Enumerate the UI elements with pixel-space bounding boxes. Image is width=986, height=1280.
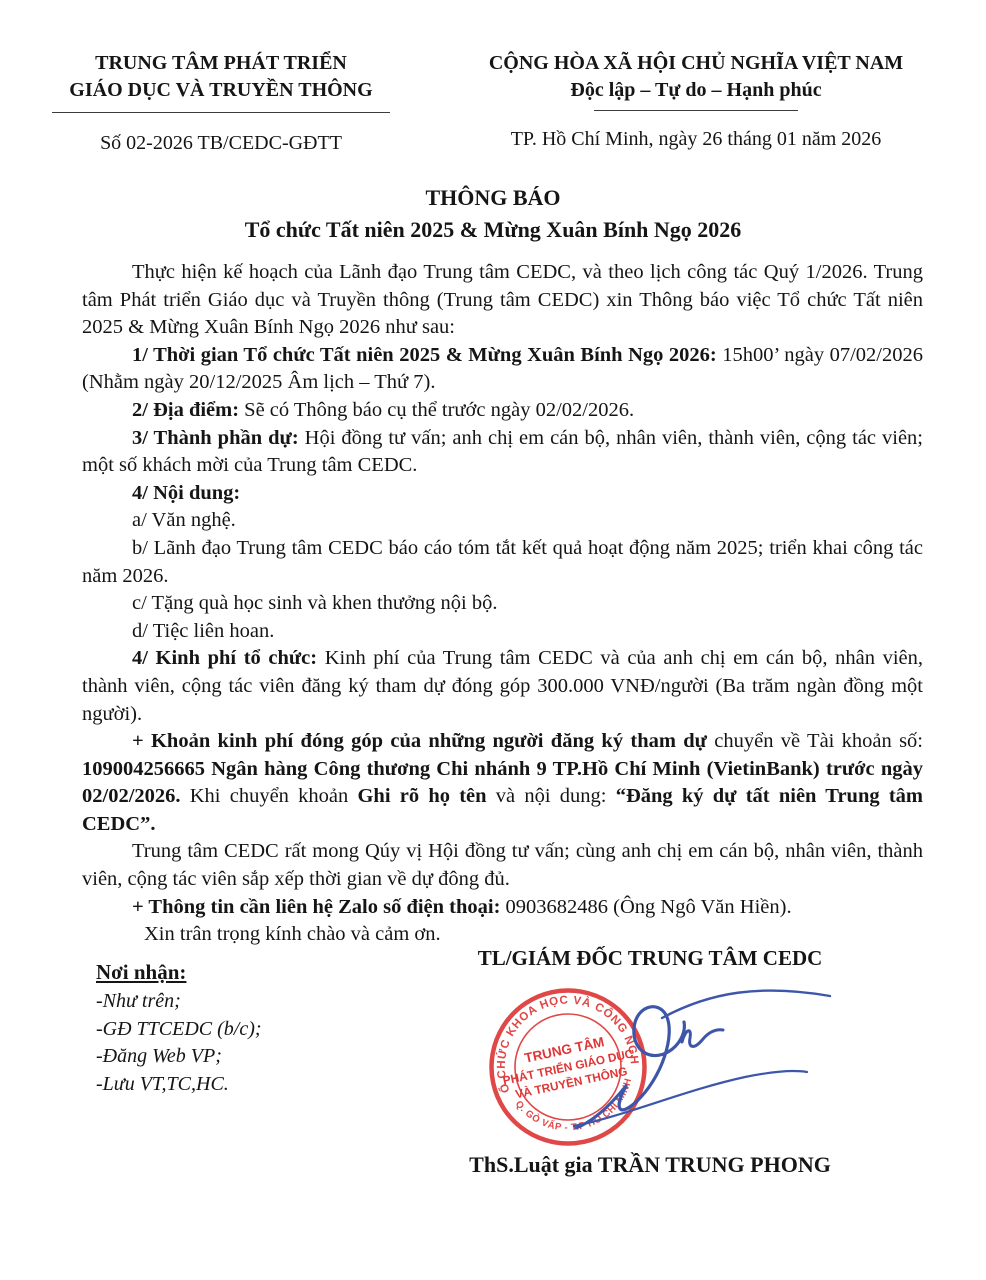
body-paragraph: + Thông tin cần liên hệ Zalo số điện tho… — [82, 894, 923, 922]
body-paragraph: 4/ Nội dung: — [82, 480, 923, 508]
org-divider-rule — [52, 112, 390, 113]
body-paragraph: a/ Văn nghệ. — [82, 507, 923, 535]
notice-body: Thực hiện kế hoạch của Lãnh đạo Trung tâ… — [82, 259, 923, 949]
recipient-item: -GĐ TTCEDC (b/c); — [96, 1016, 396, 1044]
body-paragraph: d/ Tiệc liên hoan. — [82, 618, 923, 646]
org-name-line2: GIÁO DỤC VÀ TRUYỀN THÔNG — [46, 77, 396, 104]
recipient-item: -Như trên; — [96, 988, 396, 1016]
national-title: CỘNG HÒA XÃ HỘI CHỦ NGHĨA VIỆT NAM — [448, 50, 944, 77]
notice-subtitle: Tổ chức Tất niên 2025 & Mừng Xuân Bính N… — [0, 214, 986, 246]
recipient-item: -Đăng Web VP; — [96, 1043, 396, 1071]
body-paragraph: 1/ Thời gian Tổ chức Tất niên 2025 & Mừn… — [82, 342, 923, 397]
org-header: TRUNG TÂM PHÁT TRIỂN GIÁO DỤC VÀ TRUYỀN … — [46, 50, 396, 157]
body-paragraph: b/ Lãnh đạo Trung tâm CEDC báo cáo tóm t… — [82, 535, 923, 590]
recipient-item: -Lưu VT,TC,HC. — [96, 1071, 396, 1099]
signer-name: ThS.Luật gia TRẦN TRUNG PHONG — [430, 1152, 870, 1178]
body-paragraph: 4/ Kinh phí tổ chức: Kinh phí của Trung … — [82, 645, 923, 728]
body-paragraph: Xin trân trọng kính chào và cảm ơn. — [82, 921, 923, 949]
recipients-block: Nơi nhận: -Như trên; -GĐ TTCEDC (b/c); -… — [96, 960, 396, 1098]
body-paragraph: Trung tâm CEDC rất mong Qúy vị Hội đồng … — [82, 838, 923, 893]
recipients-list: -Như trên; -GĐ TTCEDC (b/c); -Đăng Web V… — [96, 988, 396, 1098]
body-paragraph: 3/ Thành phần dự: Hội đồng tư vấn; anh c… — [82, 425, 923, 480]
motto-divider-rule — [594, 110, 798, 111]
notice-title: THÔNG BÁO — [0, 182, 986, 214]
signature-icon — [530, 968, 860, 1153]
national-header: CỘNG HÒA XÃ HỘI CHỦ NGHĨA VIỆT NAM Độc l… — [448, 50, 944, 153]
body-paragraph: 2/ Địa điểm: Sẽ có Thông báo cụ thể trướ… — [82, 397, 923, 425]
document-number: Số 02-2026 TB/CEDC-GĐTT — [46, 130, 396, 157]
document-page: TRUNG TÂM PHÁT TRIỂN GIÁO DỤC VÀ TRUYỀN … — [0, 0, 986, 1280]
body-paragraph: Thực hiện kế hoạch của Lãnh đạo Trung tâ… — [82, 259, 923, 342]
body-paragraph: + Khoản kinh phí đóng góp của những ngườ… — [82, 728, 923, 838]
org-name-line1: TRUNG TÂM PHÁT TRIỂN — [46, 50, 396, 77]
national-motto: Độc lập – Tự do – Hạnh phúc — [448, 77, 944, 104]
place-date-line: TP. Hồ Chí Minh, ngày 26 tháng 01 năm 20… — [448, 126, 944, 153]
handwritten-signature — [530, 968, 860, 1153]
recipients-title: Nơi nhận: — [96, 960, 396, 985]
notice-title-block: THÔNG BÁO Tổ chức Tất niên 2025 & Mừng X… — [0, 182, 986, 246]
body-paragraph: c/ Tặng quà học sinh và khen thưởng nội … — [82, 590, 923, 618]
